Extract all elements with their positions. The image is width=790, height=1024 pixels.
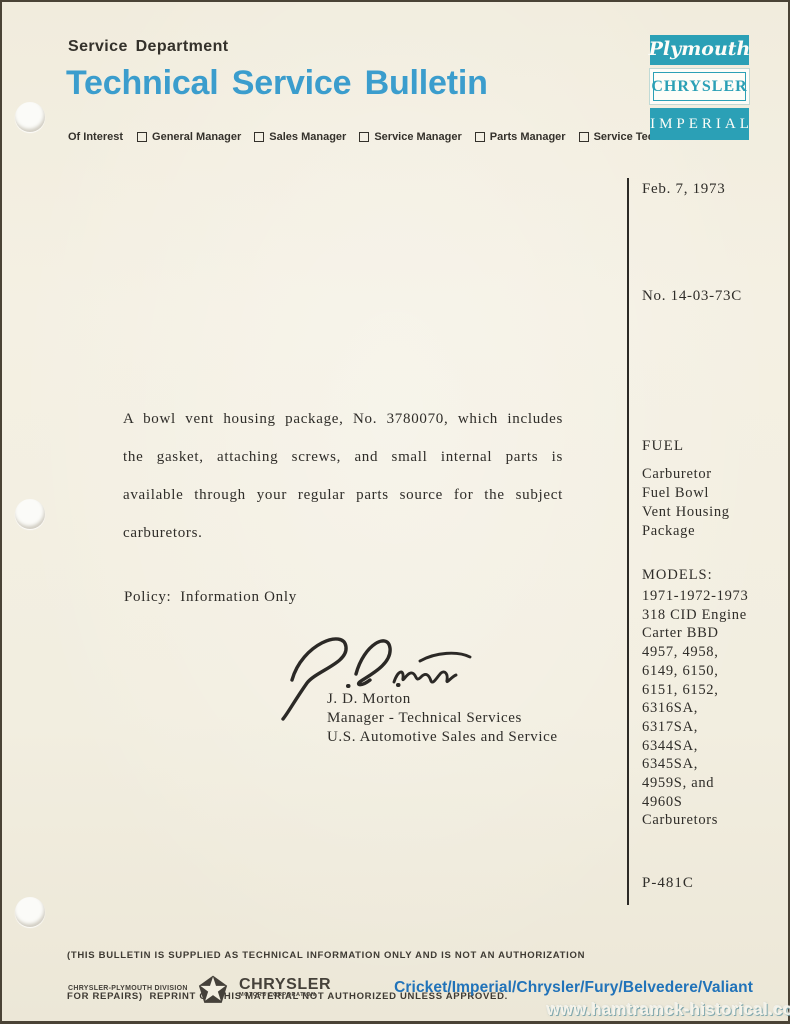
subject-line: Package (642, 522, 787, 541)
model-line: 1971-1972-1973 (642, 587, 787, 606)
model-line: 6149, 6150, (642, 662, 787, 681)
signature-block: J. D. Morton Manager - Technical Service… (327, 690, 558, 748)
audience-label: Sales Manager (269, 131, 346, 143)
bulletin-date: Feb. 7, 1973 (642, 181, 787, 198)
model-line: 4960S (642, 793, 787, 812)
subject-line: Carburetor (642, 465, 787, 484)
paragraph-line: the gasket, attaching screws, and small … (123, 449, 563, 487)
checkbox-service-technicians[interactable] (579, 132, 589, 142)
model-line: 6151, 6152, (642, 681, 787, 700)
signer-title: Manager - Technical Services (327, 709, 558, 728)
watermark: www.hamtramck-historical.com (547, 1001, 790, 1020)
model-line: 4957, 4958, (642, 643, 787, 662)
of-interest-label: Of Interest (68, 131, 123, 143)
column-divider (627, 178, 629, 905)
audience-label: Service Manager (374, 131, 461, 143)
audience-label: Parts Manager (490, 131, 566, 143)
model-line: 6317SA, (642, 718, 787, 737)
model-line: Carter BBD (642, 624, 787, 643)
model-line: 6344SA, (642, 737, 787, 756)
model-line: 4959S, and (642, 774, 787, 793)
subject-line: Fuel Bowl (642, 484, 787, 503)
audience-parts-manager: Parts Manager (475, 131, 566, 143)
model-lineup: Cricket/Imperial/Chrysler/Fury/Belvedere… (394, 979, 753, 997)
audience-service-manager: Service Manager (359, 131, 461, 143)
brand-logo-stack: Plymouth CHRYSLER IMPERIAL (650, 35, 749, 140)
signer-org: U.S. Automotive Sales and Service (327, 728, 558, 747)
punch-hole (15, 897, 45, 927)
imperial-logo: IMPERIAL (650, 108, 749, 140)
category-label: FUEL (642, 438, 787, 455)
division-label: CHRYSLER-PLYMOUTH DIVISION (68, 985, 188, 992)
paragraph-line: available through your regular parts sou… (123, 487, 563, 525)
models-label: MODELS: (642, 567, 787, 584)
audience-label: General Manager (152, 131, 241, 143)
chrysler-logo-text: CHRYSLER (653, 72, 746, 101)
checkbox-general-manager[interactable] (137, 132, 147, 142)
chrysler-logo: CHRYSLER (650, 69, 749, 104)
checkbox-parts-manager[interactable] (475, 132, 485, 142)
disclaimer-line: (THIS BULLETIN IS SUPPLIED AS TECHNICAL … (67, 949, 607, 963)
paragraph-line: A bowl vent housing package, No. 3780070… (123, 411, 563, 449)
model-line: 318 CID Engine (642, 606, 787, 625)
subject-line: Vent Housing (642, 503, 787, 522)
policy-line: Policy: Information Only (124, 589, 297, 606)
bulletin-page: Service Department Technical Service Bul… (2, 2, 788, 1021)
audience-sales-manager: Sales Manager (254, 131, 346, 143)
checkbox-service-manager[interactable] (359, 132, 369, 142)
chrysler-wordmark: CHRYSLER MOTORS CORPORATION (239, 977, 331, 998)
plymouth-logo: Plymouth (650, 35, 749, 65)
bulletin-number: No. 14-03-73C (642, 288, 787, 305)
audience-general-manager: General Manager (137, 131, 241, 143)
model-line: Carburetors (642, 811, 787, 830)
page-title: Technical Service Bulletin (66, 64, 488, 103)
pentastar-icon (198, 975, 228, 1005)
punch-hole (15, 499, 45, 529)
models-list: 1971-1972-1973 318 CID Engine Carter BBD… (642, 587, 787, 830)
model-line: 6345SA, (642, 755, 787, 774)
body-paragraph: A bowl vent housing package, No. 3780070… (123, 411, 563, 563)
checkbox-sales-manager[interactable] (254, 132, 264, 142)
paragraph-line: carburetors. (123, 525, 563, 563)
signer-name: J. D. Morton (327, 690, 558, 709)
model-line: 6316SA, (642, 699, 787, 718)
disclaimer: (THIS BULLETIN IS SUPPLIED AS TECHNICAL … (67, 922, 607, 1024)
bulletin-code: P-481C (642, 875, 787, 892)
of-interest-row: Of Interest General Manager Sales Manage… (68, 131, 613, 143)
company-name: CHRYSLER (239, 977, 331, 992)
subject-block: Carburetor Fuel Bowl Vent Housing Packag… (642, 465, 787, 541)
department-heading: Service Department (68, 38, 229, 56)
punch-hole (15, 102, 45, 132)
